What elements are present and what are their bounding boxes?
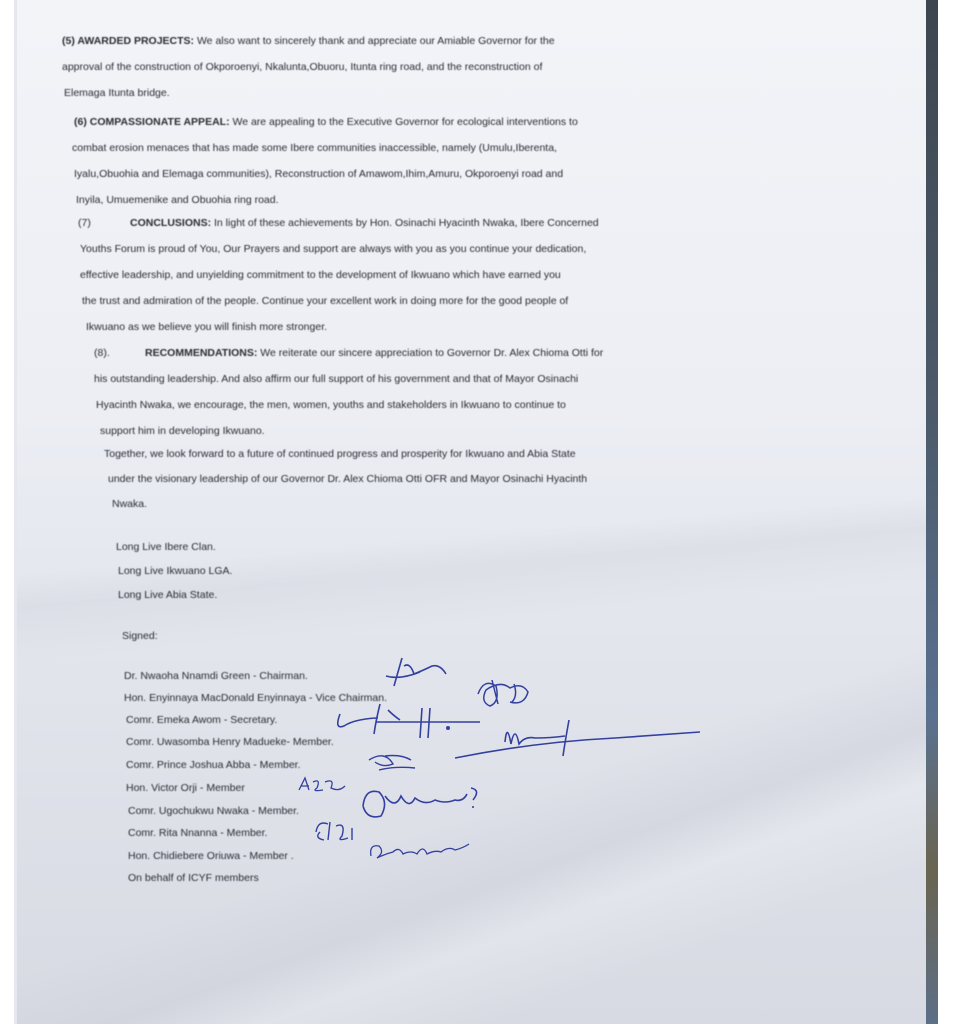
section-heading: (5) AWARDED PROJECTS:: [62, 35, 194, 47]
closing-line: Long Live Ibere Clan.: [116, 535, 216, 561]
section-conclusions: CONCLUSIONS: In light of these achieveme…: [130, 211, 599, 237]
paragraph-line: In light of these achievements by Hon. O…: [211, 217, 599, 229]
signature-chairman: [380, 652, 460, 692]
paragraph-line: Youths Forum is proud of You, Our Prayer…: [80, 237, 586, 263]
signatory-member: Hon. Victor Orji - Member: [126, 776, 245, 802]
signature-member-oriuwa: [365, 836, 475, 864]
signature-member-madueke: [455, 712, 705, 762]
paragraph-line: effective leadership, and unyielding com…: [80, 263, 561, 289]
paragraph-line: combat erosion menaces that has made som…: [72, 136, 557, 162]
paragraph-line: Nwaka.: [112, 492, 147, 518]
signed-label: Signed:: [122, 624, 158, 650]
section-number: (7): [78, 211, 91, 237]
paragraph-line: his outstanding leadership. And also aff…: [94, 367, 578, 393]
section-compassionate-appeal: (6) COMPASSIONATE APPEAL: We are appeali…: [74, 110, 578, 136]
paragraph-line: Together, we look forward to a future of…: [104, 442, 576, 468]
paragraph-line: support him in developing Ikwuano.: [100, 419, 265, 445]
section-recommendations: RECOMMENDATIONS: We reiterate our sincer…: [145, 341, 603, 367]
closing-line: Long Live Abia State.: [118, 583, 217, 609]
section-heading: CONCLUSIONS:: [130, 217, 211, 229]
paragraph-line: We are appealing to the Executive Govern…: [230, 116, 578, 128]
footer-note: On behalf of ICYF members: [128, 866, 259, 892]
signatory-member: Comr. Rita Nnanna - Member.: [128, 821, 267, 847]
paragraph-line: the trust and admiration of the people. …: [82, 289, 568, 315]
signature-member-orji: [295, 774, 355, 798]
paragraph-line: under the visionary leadership of our Go…: [108, 467, 587, 493]
paragraph-line: Hyacinth Nwaka, we encourage, the men, w…: [96, 393, 566, 419]
letter-body: (5) AWARDED PROJECTS: We also want to si…: [0, 0, 957, 1024]
paragraph-line: Inyila, Umuemenike and Obuohia ring road…: [76, 188, 279, 214]
closing-line: Long Live Ikwuano LGA.: [118, 559, 232, 585]
section-awarded-projects: (5) AWARDED PROJECTS: We also want to si…: [62, 29, 555, 55]
paragraph-line: Iyalu,Obuohia and Elemaga communities), …: [74, 162, 563, 188]
paragraph-line: We reiterate our sincere appreciation to…: [257, 347, 603, 359]
signatory-member: Comr. Prince Joshua Abba - Member.: [126, 753, 301, 779]
paragraph-line: Elemaga Itunta bridge.: [64, 81, 170, 107]
section-number: (8).: [94, 341, 110, 367]
signatory-member: Comr. Uwasomba Henry Madueke- Member.: [126, 730, 334, 756]
signature-member-abba: [365, 750, 425, 774]
section-heading: RECOMMENDATIONS:: [145, 347, 257, 359]
paragraph-line: Ikwuano as we believe you will finish mo…: [86, 315, 327, 341]
section-heading: (6) COMPASSIONATE APPEAL:: [74, 116, 230, 128]
paragraph-line: We also want to sincerely thank and appr…: [194, 35, 555, 47]
paragraph-line: approval of the construction of Okporoen…: [62, 55, 542, 81]
